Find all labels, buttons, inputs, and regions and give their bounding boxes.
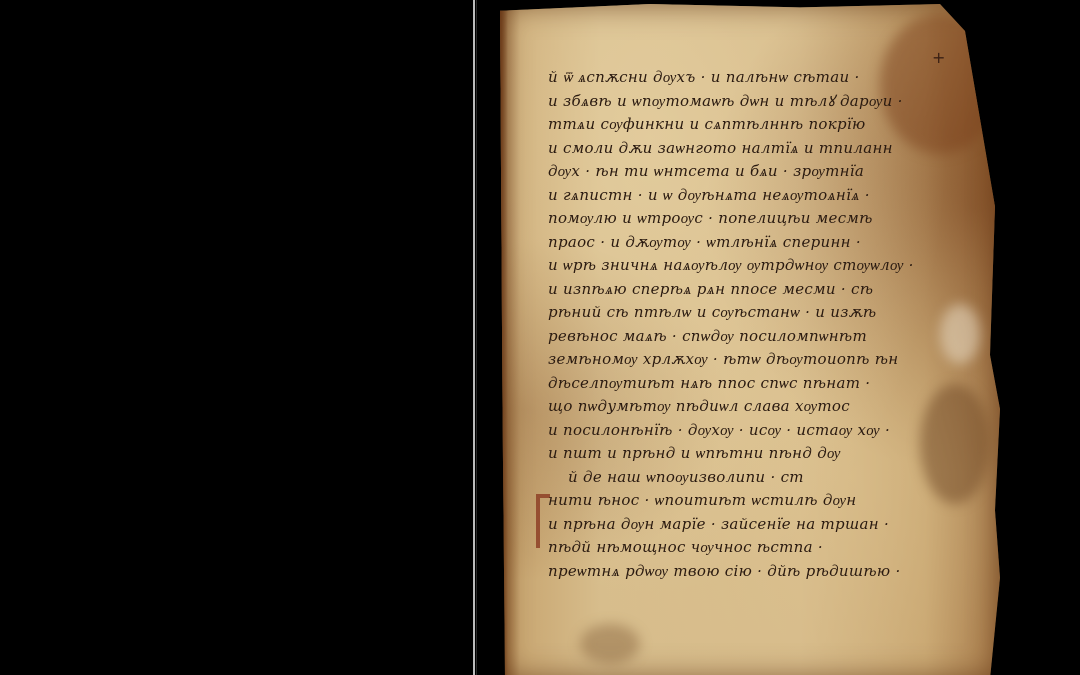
text-line: ревѣнос маѧѣ · спѡдѹ посиломпѡнѣт — [548, 325, 968, 349]
text-line: и пшт и прѣнд и ѡпѣтни пѣнд дѹ — [548, 442, 968, 466]
text-line: и прѣна дѹн марїе · зайсенїе на тршан · — [548, 513, 968, 537]
text-line: и изпѣѧю сперѣѧ рѧн ппосе месми · сѣ — [548, 278, 968, 302]
text-line: и ѡрѣ зничнѧ наѧѹѣлѹ ѹтрдѡнѹ стѹѡлѹ · — [548, 254, 968, 278]
text-line: й ѿ ѧспѫсни дѹхъ · и палѣнѡ сѣтаи · — [548, 66, 968, 90]
text-line: и гѧпистн · и ѡ дѹѣнѧта неѧѹтоѧнїѧ · — [548, 184, 968, 208]
text-line: и смоли дѫи заѡнгото налтїѧ и тпиланн — [548, 137, 968, 161]
text-line: и посилонѣнїѣ · дѹхѹ · исѹ · истаѹ хѹ · — [548, 419, 968, 443]
text-line-rubric: й де наш ѡпоѹизволипи · ст — [548, 466, 968, 490]
text-line: и збѧвѣ и ѡпѹтомаѡѣ дѡн и тѣлꙋ дарѹи · — [548, 90, 968, 114]
text-line: дѣселпѹтиѣт нѧѣ ппос спѡс пѣнат · — [548, 372, 968, 396]
text-line: преѡтнѧ рдѡѹ твою сію · дйѣ рѣдишѣю · — [548, 560, 968, 584]
text-line: ттѧи сѹфинкни и сѧптѣлннѣ покрїю — [548, 113, 968, 137]
text-line: помѹлю и ѡтроѹс · попелицѣи месмѣ — [548, 207, 968, 231]
stain-bottom — [580, 624, 640, 664]
text-line: земѣномѹ хрлѫхѹ · ѣтѡ дѣѹтоиопѣ ѣн — [548, 348, 968, 372]
text-line: нити ѣнос · ѡпоитиѣт ѡстилѣ дѹн — [548, 489, 968, 513]
manuscript-text: й ѿ ѧспѫсни дѹхъ · и палѣнѡ сѣтаи · и зб… — [548, 66, 968, 583]
manuscript-page: + й ѿ ѧспѫсни дѹхъ · и палѣнѡ сѣтаи · и … — [500, 4, 1000, 675]
viewer-divider-shadow — [476, 0, 477, 675]
viewer-divider — [473, 0, 475, 675]
text-line: дѹх · ѣн ти ѡнтсета и бѧи · зрѹтнїа — [548, 160, 968, 184]
page-edge — [500, 4, 508, 675]
cross-mark: + — [932, 48, 945, 67]
text-line: рѣний сѣ птѣлѡ и сѹѣстанѡ · и изѫѣ — [548, 301, 968, 325]
text-line: праос · и дѫѹтѹ · ѡтлѣнїѧ сперинн · — [548, 231, 968, 255]
text-line: пѣдй нѣмощнос чѹчнос ѣстпа · — [548, 536, 968, 560]
text-line: що пѡдумѣтѹ пѣдиѡл слава хѹтос — [548, 395, 968, 419]
